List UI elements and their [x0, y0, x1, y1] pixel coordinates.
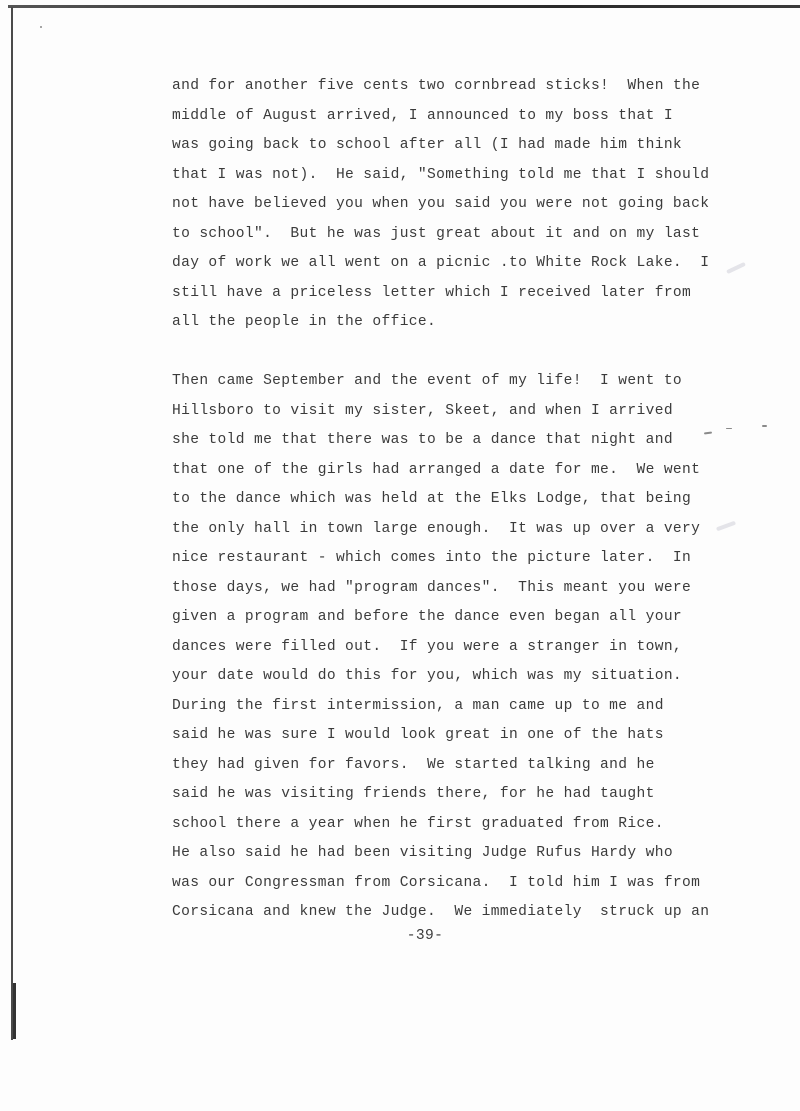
paragraph: Then came September and the event of my … [172, 367, 732, 928]
scan-top-border [8, 5, 800, 8]
text-line: day of work we all went on a picnic .to … [172, 249, 732, 279]
scan-speck [762, 425, 767, 427]
text-line: still have a priceless letter which I re… [172, 279, 732, 309]
text-line: given a program and before the dance eve… [172, 603, 732, 633]
text-line: was our Congressman from Corsicana. I to… [172, 869, 732, 899]
text-line: that one of the girls had arranged a dat… [172, 456, 732, 486]
text-line: middle of August arrived, I announced to… [172, 102, 732, 132]
text-line: they had given for favors. We started ta… [172, 751, 732, 781]
text-line: and for another five cents two cornbread… [172, 72, 732, 102]
scan-left-border [11, 7, 13, 1040]
text-line: those days, we had "program dances". Thi… [172, 574, 732, 604]
scan-left-border-mark [13, 983, 16, 1039]
text-line: was going back to school after all (I ha… [172, 131, 732, 161]
text-line: Hillsboro to visit my sister, Skeet, and… [172, 397, 732, 427]
text-line: Corsicana and knew the Judge. We immedia… [172, 898, 732, 928]
scan-speck [40, 26, 42, 28]
text-line: to the dance which was held at the Elks … [172, 485, 732, 515]
text-line: all the people in the office. [172, 308, 732, 338]
text-line: Then came September and the event of my … [172, 367, 732, 397]
text-line: During the first intermission, a man cam… [172, 692, 732, 722]
page-number: -39- [0, 928, 800, 944]
text-line: she told me that there was to be a dance… [172, 426, 732, 456]
text-line: your date would do this for you, which w… [172, 662, 732, 692]
document-body: and for another five cents two cornbread… [172, 72, 732, 928]
text-line: said he was visiting friends there, for … [172, 780, 732, 810]
text-line: the only hall in town large enough. It w… [172, 515, 732, 545]
text-line: school there a year when he first gradua… [172, 810, 732, 840]
text-line: said he was sure I would look great in o… [172, 721, 732, 751]
paragraph: and for another five cents two cornbread… [172, 72, 732, 338]
text-line: nice restaurant - which comes into the p… [172, 544, 732, 574]
text-line: that I was not). He said, "Something tol… [172, 161, 732, 191]
text-line: He also said he had been visiting Judge … [172, 839, 732, 869]
text-line: dances were filled out. If you were a st… [172, 633, 732, 663]
text-line: to school". But he was just great about … [172, 220, 732, 250]
text-line: not have believed you when you said you … [172, 190, 732, 220]
